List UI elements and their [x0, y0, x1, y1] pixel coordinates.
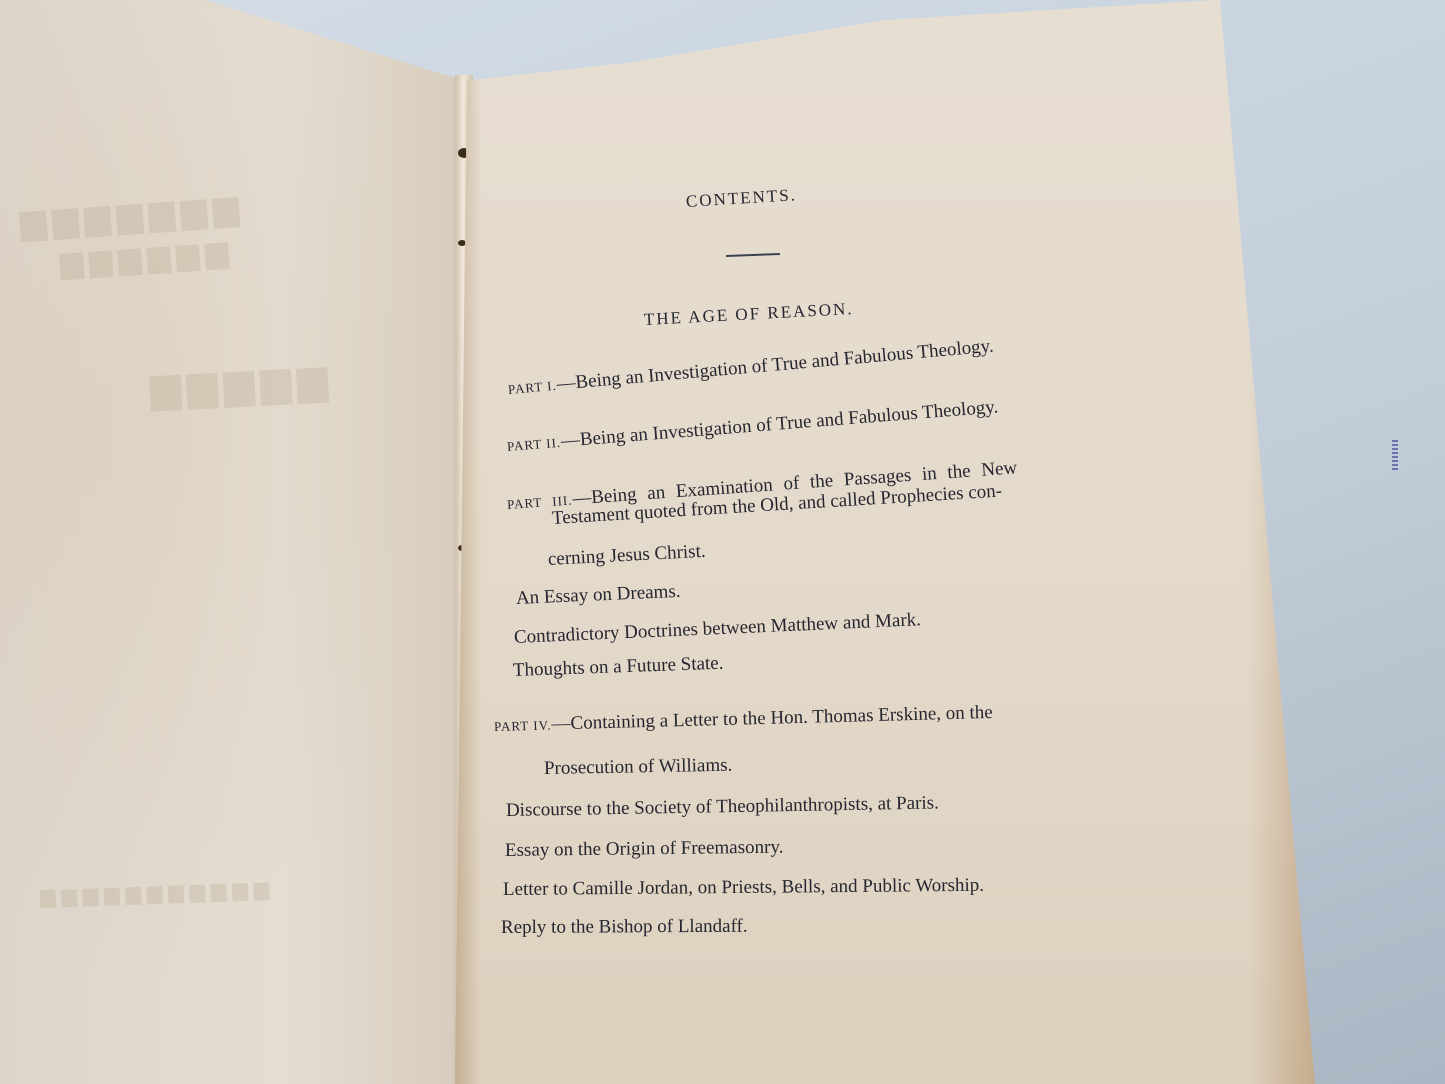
bleed-through-text: ▆▆▆▆▆ — [149, 355, 335, 412]
toc-entry: Letter to Camille Jordan, on Priests, Be… — [503, 875, 984, 901]
toc-entry: Essay on the Origin of Freemasonry. — [505, 837, 784, 862]
bleed-through-text: ▆▆▆▆▆▆▆▆▆▆▆ — [40, 876, 276, 909]
binding-stitch — [458, 240, 466, 246]
toc-entry: Reply to the Bishop of Llandaff. — [501, 916, 748, 939]
ink-mark — [1392, 440, 1398, 470]
left-page: ▆▆▆▆▆▆▆ ▆▆▆▆▆▆ ▆▆▆▆▆ ▆▆▆▆▆▆▆▆▆▆▆ — [0, 0, 470, 1084]
toc-entry-continuation: Prosecution of Williams. — [544, 755, 733, 780]
bleed-through-text: ▆▆▆▆▆▆ — [59, 234, 235, 281]
